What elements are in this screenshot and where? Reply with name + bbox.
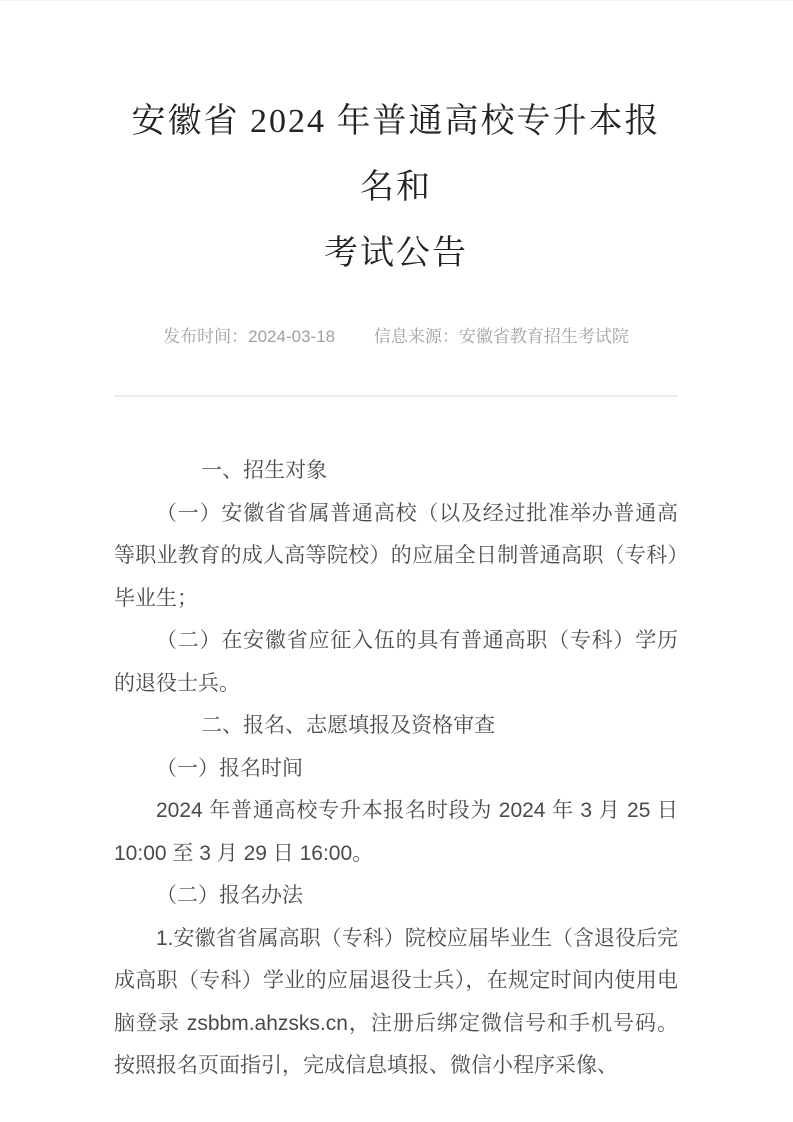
body-paragraph: 2024 年普通高校专升本报名时段为 2024 年 3 月 25 日 10:00…	[114, 790, 678, 875]
info-source-label: 信息来源：	[374, 327, 459, 346]
info-source-value: 安徽省教育招生考试院	[459, 327, 629, 346]
meta-row: 发布时间：2024-03-18 信息来源：安徽省教育招生考试院	[114, 325, 678, 349]
publish-time-value: 2024-03-18	[248, 327, 335, 346]
page-title-line-1: 安徽省 2024 年普通高校专升本报名和	[114, 89, 678, 221]
article-body: 一、招生对象（一）安徽省省属普通高校（以及经过批准举办普通高等职业教育的成人高等…	[114, 450, 678, 1088]
section-heading: 一、招生对象	[114, 450, 678, 493]
page-title: 安徽省 2024 年普通高校专升本报名和 考试公告	[114, 89, 678, 287]
publish-time: 发布时间：2024-03-18	[163, 325, 335, 349]
publish-time-label: 发布时间：	[163, 327, 248, 346]
announcement-page: 安徽省 2024 年普通高校专升本报名和 考试公告 发布时间：2024-03-1…	[0, 0, 793, 1122]
divider	[114, 395, 678, 397]
page-title-line-2: 考试公告	[114, 221, 678, 287]
body-paragraph: （二）在安徽省应征入伍的具有普通高职（专科）学历的退役士兵。	[114, 620, 678, 705]
body-paragraph: （一）安徽省省属普通高校（以及经过批准举办普通高等职业教育的成人高等院校）的应届…	[114, 493, 678, 621]
body-paragraph: （一）报名时间	[114, 748, 678, 791]
body-paragraph: （二）报名办法	[114, 875, 678, 918]
info-source: 信息来源：安徽省教育招生考试院	[374, 325, 629, 349]
body-paragraph: 1.安徽省省属高职（专科）院校应届毕业生（含退役后完成高职（专科）学业的应届退役…	[114, 918, 678, 1088]
section-heading: 二、报名、志愿填报及资格审查	[114, 705, 678, 748]
